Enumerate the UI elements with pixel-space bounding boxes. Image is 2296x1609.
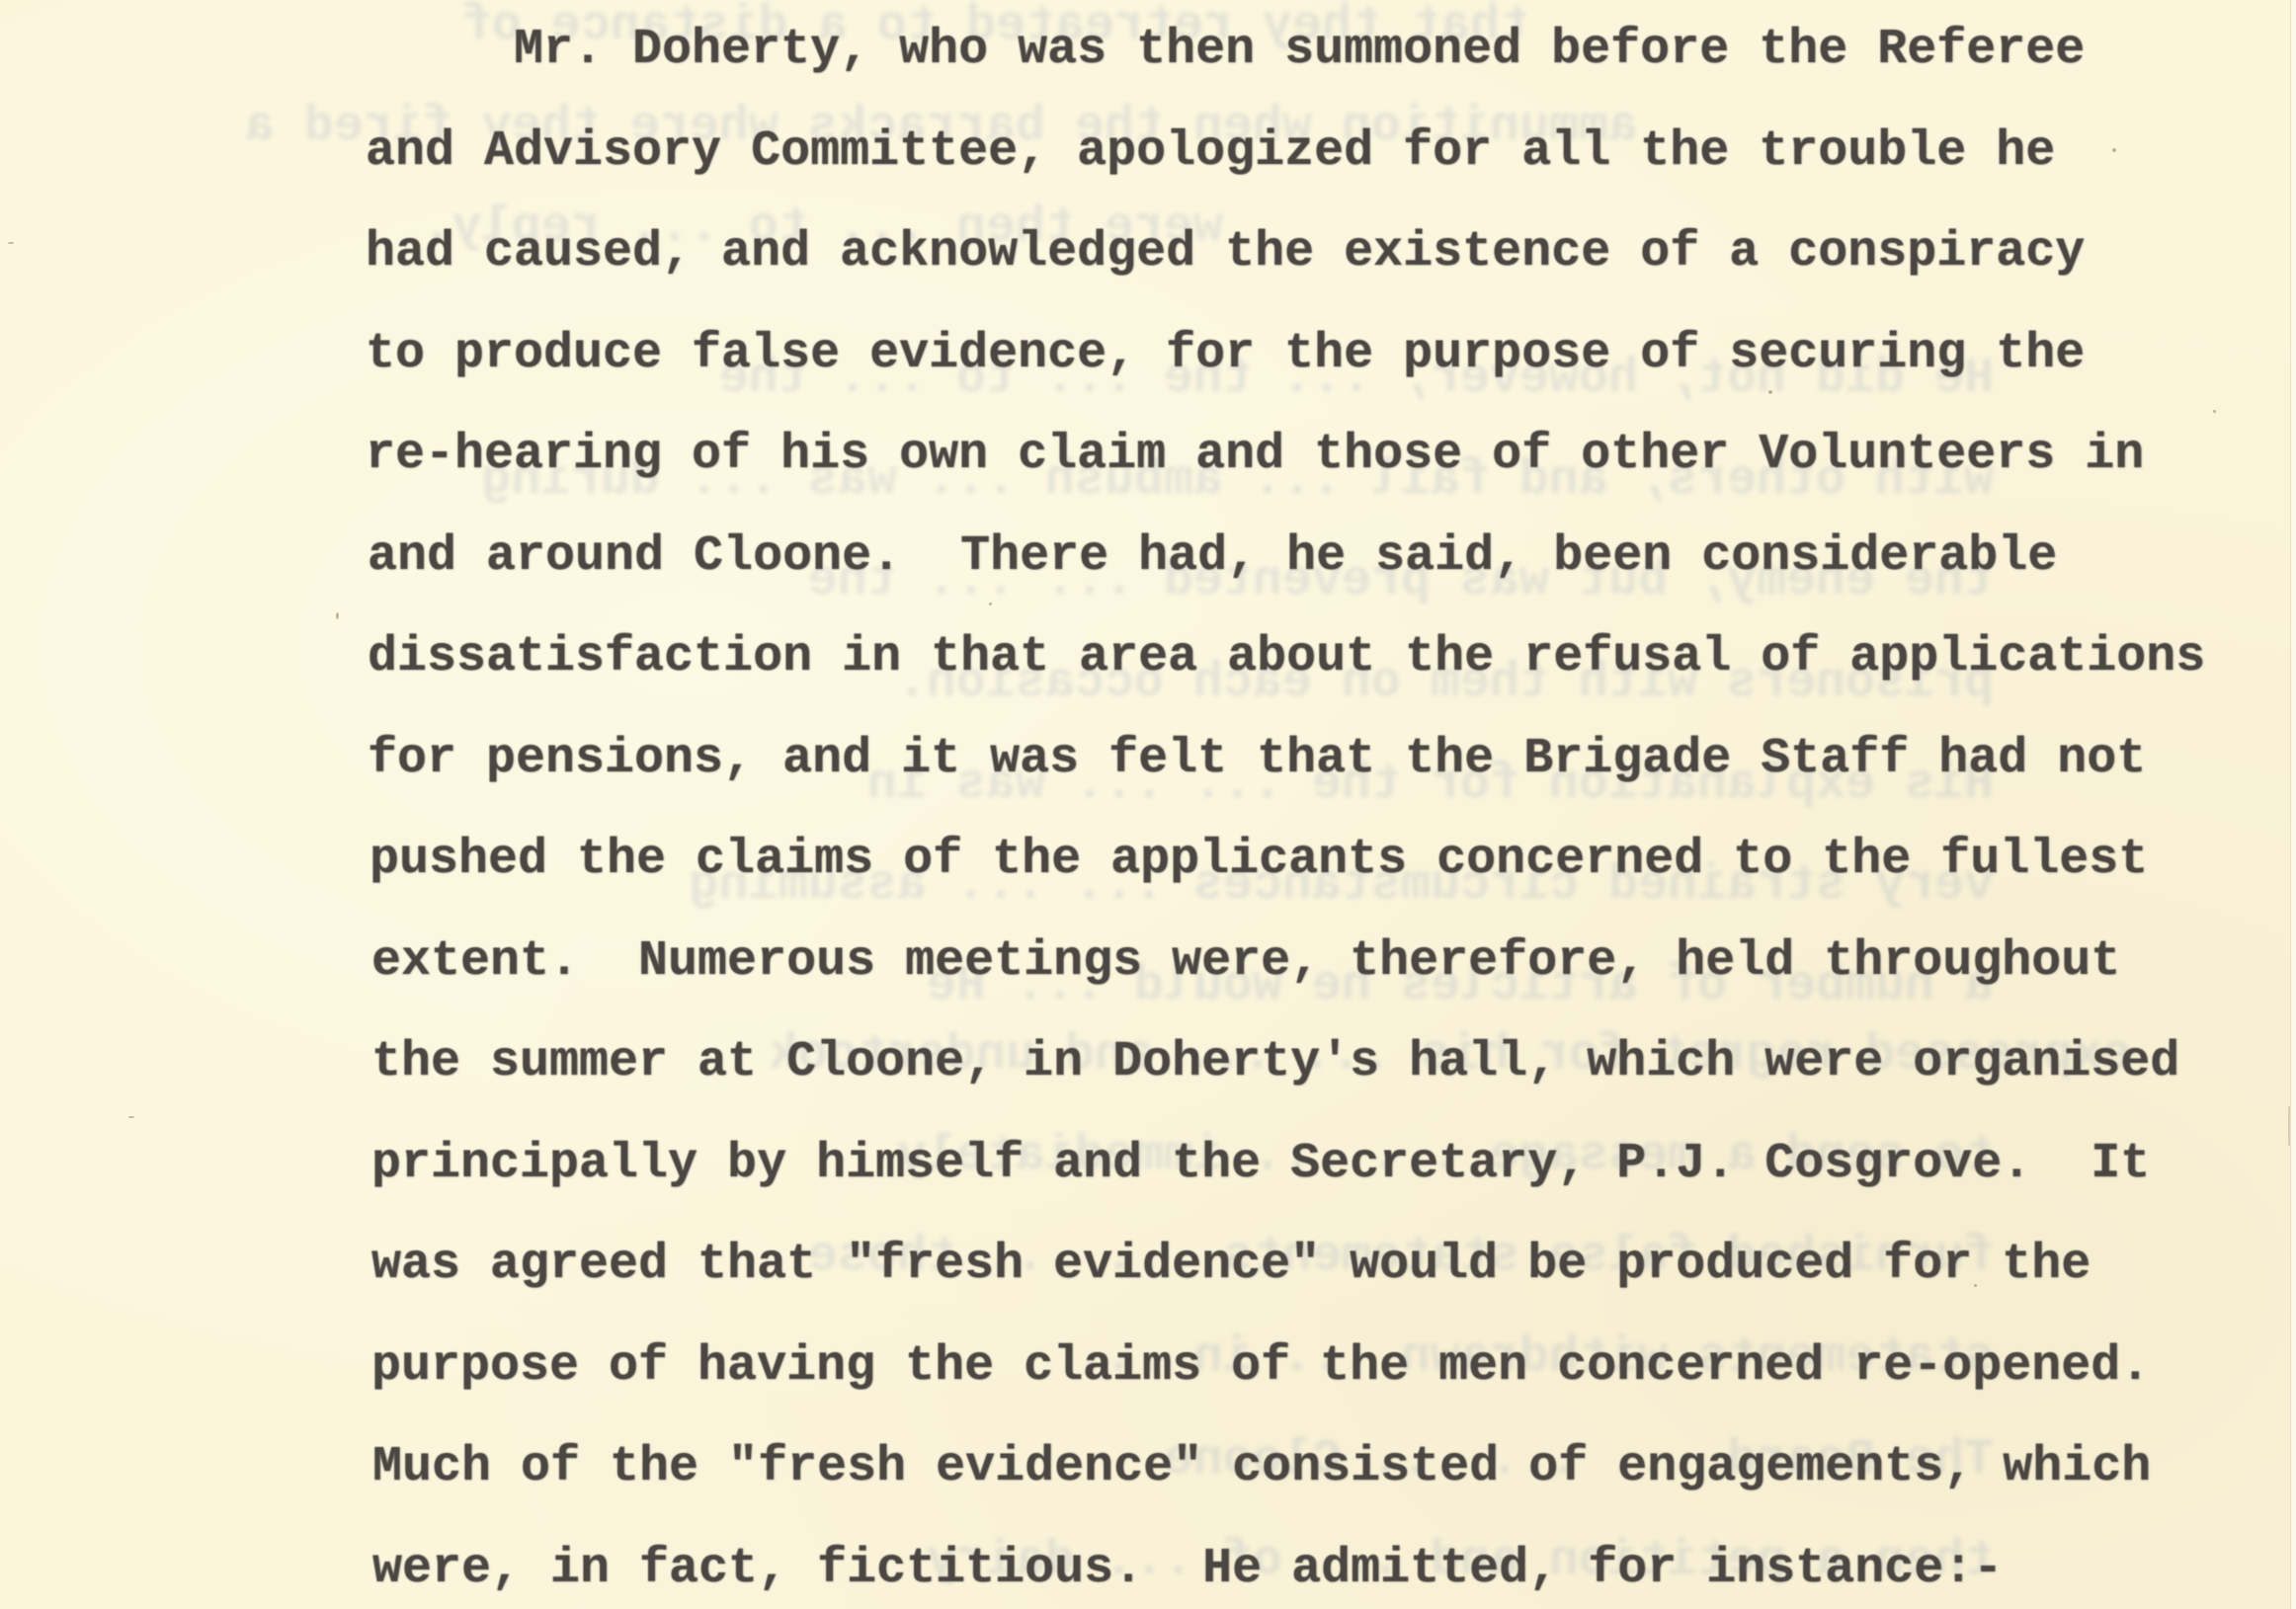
text-line: dissatisfaction in that area about the r… [368, 633, 2205, 683]
paper-speck [128, 1116, 134, 1118]
page-right-edge [2290, 0, 2296, 1609]
text-line: Mr. Doherty, who was then summoned befor… [514, 26, 2085, 75]
text-line: principally by himself and the Secretary… [371, 1140, 2150, 1189]
paper-speck [8, 242, 14, 244]
text-line: the summer at Cloone, in Doherty's hall,… [371, 1038, 2179, 1087]
text-line: and Advisory Committee, apologized for a… [366, 127, 2055, 177]
text-line: to produce false evidence, for the purpo… [366, 330, 2085, 379]
text-line: Much of the "fresh evidence" consisted o… [372, 1443, 2151, 1492]
paper-speck [1768, 390, 1772, 394]
text-line: purpose of having the claims of the men … [371, 1342, 2150, 1392]
text-line: and around Cloone. There had, he said, b… [368, 532, 2057, 582]
paper-speck [2112, 148, 2116, 152]
paper-speck [989, 603, 992, 605]
text-line: were, in fact, fictitious. He admitted, … [372, 1545, 2003, 1594]
text-line: had caused, and acknowledged the existen… [366, 228, 2085, 278]
typewritten-paragraph: Mr. Doherty, who was then summoned befor… [0, 0, 2290, 1609]
text-line: re-hearing of his own claim and those of… [366, 431, 2144, 480]
paper-speck [1974, 1284, 1977, 1287]
document-page: that they retreated to a distance of amm… [0, 0, 2290, 1609]
paper-speck [2213, 410, 2216, 413]
text-line: was agreed that "fresh evidence" would b… [371, 1241, 2091, 1290]
text-line: extent. Numerous meetings were, therefor… [371, 937, 2120, 987]
paper-speck [336, 612, 339, 619]
text-line: pushed the claims of the applicants conc… [369, 836, 2148, 885]
text-line: for pensions, and it was felt that the B… [368, 735, 2146, 784]
